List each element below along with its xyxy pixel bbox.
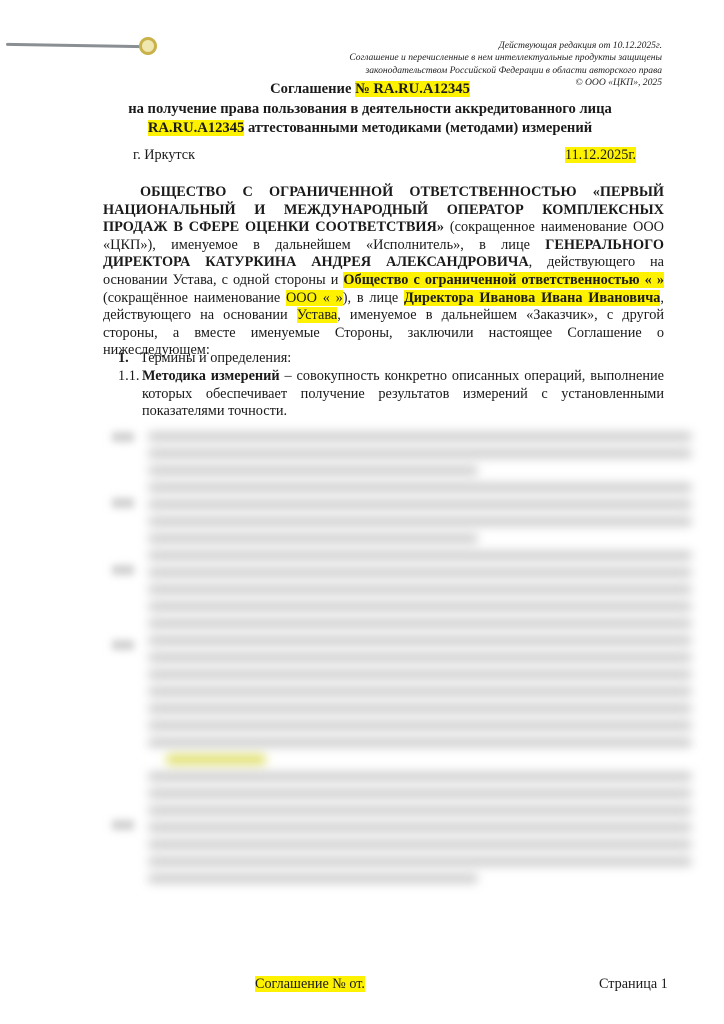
item-number: 1.1.: [118, 368, 139, 386]
pin-wire: [6, 43, 144, 48]
page-number: Страница 1: [599, 976, 668, 993]
customer-short-name: ООО « »: [286, 290, 343, 306]
blurred-number: [112, 565, 134, 575]
title-subject: на получение права пользования в деятель…: [110, 100, 630, 120]
binder-pin: [6, 40, 166, 64]
customer-director: Директора Иванова Ивана Ивановича: [404, 290, 660, 306]
edition-line: Действующая редакция от 10.12.2025г.: [242, 40, 662, 52]
city: г. Иркутск: [133, 147, 195, 164]
section-number: 1.: [118, 350, 140, 367]
copyright-line-2: законодательством Российской Федерации в…: [242, 65, 662, 77]
document-title: Соглашение № RA.RU.A12345 на получение п…: [110, 80, 630, 139]
blurred-number: [112, 498, 134, 508]
title-prefix: Соглашение: [270, 81, 355, 97]
customer-name: Общество с ограниченной ответственностью…: [343, 272, 664, 288]
section-title: Термины и определения:: [140, 350, 291, 366]
pin-ring-icon: [139, 37, 157, 55]
accreditation-code: RA.RU.A12345: [148, 120, 244, 136]
preamble: ОБЩЕСТВО С ОГРАНИЧЕННОЙ ОТВЕТСТВЕННОСТЬЮ…: [103, 184, 664, 360]
term: Методика измерений: [142, 368, 280, 384]
agreement-number: № RA.RU.A12345: [355, 81, 470, 97]
blurred-number: [112, 432, 134, 442]
blurred-number: [112, 640, 134, 650]
redacted-content: [142, 424, 692, 960]
copyright-line-1: Соглашение и перечисленные в нем интелле…: [242, 52, 662, 64]
title-subject-rest: аттестованными методиками (методами) изм…: [244, 120, 592, 136]
blurred-number: [112, 820, 134, 830]
customer-basis: Устава: [297, 307, 337, 323]
definition-item: 1.1. Методика измерений – совокупность к…: [118, 368, 664, 421]
section-heading: 1.Термины и определения:: [118, 350, 291, 367]
agreement-date: 11.12.2025г.: [565, 147, 636, 164]
footer-agreement-ref: Соглашение № от.: [255, 976, 365, 993]
